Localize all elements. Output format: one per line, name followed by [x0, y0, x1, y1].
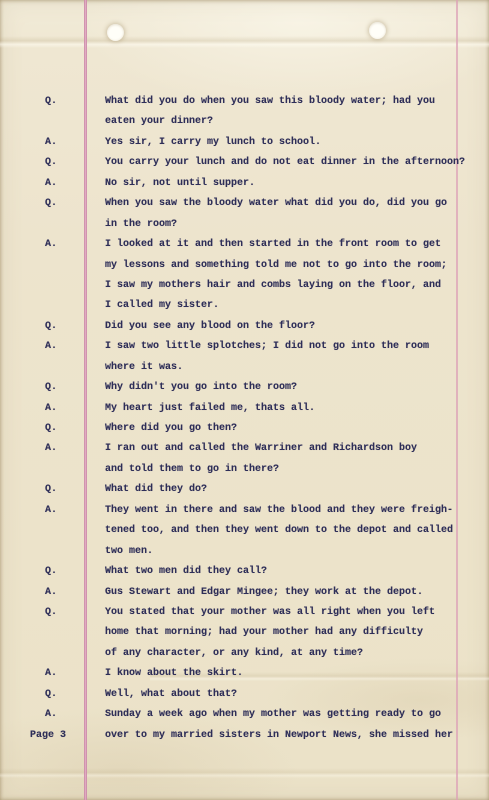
line-text: You stated that your mother was all righ… [105, 603, 435, 623]
line-text: over to my married sisters in Newport Ne… [105, 726, 453, 746]
speaker-label: A. [0, 174, 105, 194]
transcript-line: in the room? [0, 215, 489, 235]
transcript-line: Q. Well, what about that? [0, 685, 489, 705]
transcript-line: I called my sister. [0, 296, 489, 316]
speaker-label [0, 358, 105, 378]
hole-punch-left [107, 24, 124, 41]
transcript-line: Q. When you saw the bloody water what di… [0, 194, 489, 214]
line-text: Why didn't you go into the room? [105, 378, 297, 398]
speaker-label [0, 215, 105, 235]
transcript-line: A. Sunday a week ago when my mother was … [0, 705, 489, 725]
transcript-line: A. My heart just failed me, thats all. [0, 399, 489, 419]
line-text: Where did you go then? [105, 419, 237, 439]
transcript-line: over to my married sisters in Newport Ne… [0, 726, 489, 746]
transcript-line: A. Yes sir, I carry my lunch to school. [0, 133, 489, 153]
transcript-line: two men. [0, 542, 489, 562]
page-number: Page 3 [30, 726, 66, 746]
transcript-line: where it was. [0, 358, 489, 378]
speaker-label: Q. [0, 562, 105, 582]
scanned-transcript-page: Q. What did you do when you saw this blo… [0, 0, 489, 800]
paper-fold-crease-bottom [0, 768, 489, 778]
speaker-label: A. [0, 439, 105, 459]
transcript-line: A. They went in there and saw the blood … [0, 501, 489, 521]
line-text: home that morning; had your mother had a… [105, 623, 423, 643]
transcript-line: Q. What did you do when you saw this blo… [0, 92, 489, 112]
line-text: You carry your lunch and do not eat dinn… [105, 153, 465, 173]
line-text: I ran out and called the Warriner and Ri… [105, 439, 417, 459]
speaker-label [0, 296, 105, 316]
speaker-label: Q. [0, 603, 105, 623]
transcript-line: Q. Did you see any blood on the floor? [0, 317, 489, 337]
transcript-line: Q. Where did you go then? [0, 419, 489, 439]
speaker-label [0, 276, 105, 296]
speaker-label: Q. [0, 194, 105, 214]
transcript-line: eaten your dinner? [0, 112, 489, 132]
speaker-label: A. [0, 501, 105, 521]
transcript-line: of any character, or any kind, at any ti… [0, 644, 489, 664]
speaker-label: Q. [0, 153, 105, 173]
speaker-label: A. [0, 337, 105, 357]
line-text: My heart just failed me, thats all. [105, 399, 315, 419]
speaker-label: A. [0, 133, 105, 153]
line-text: What did they do? [105, 480, 207, 500]
transcript-line: Q. You carry your lunch and do not eat d… [0, 153, 489, 173]
speaker-label: Q. [0, 419, 105, 439]
speaker-label: A. [0, 399, 105, 419]
speaker-label [0, 256, 105, 276]
transcript-line: Q. You stated that your mother was all r… [0, 603, 489, 623]
line-text: No sir, not until supper. [105, 174, 255, 194]
speaker-label: Q. [0, 480, 105, 500]
transcript-line: A. Gus Stewart and Edgar Mingee; they wo… [0, 583, 489, 603]
transcript-line: A. I ran out and called the Warriner and… [0, 439, 489, 459]
speaker-label: A. [0, 664, 105, 684]
speaker-label: Q. [0, 685, 105, 705]
line-text: Did you see any blood on the floor? [105, 317, 315, 337]
speaker-label [0, 460, 105, 480]
transcript-line: A. I know about the skirt. [0, 664, 489, 684]
speaker-label [0, 623, 105, 643]
line-text: Gus Stewart and Edgar Mingee; they work … [105, 583, 423, 603]
speaker-label: A. [0, 583, 105, 603]
line-text: Sunday a week ago when my mother was get… [105, 705, 441, 725]
transcript-line: A. I saw two little splotches; I did not… [0, 337, 489, 357]
hole-punch-right [369, 22, 386, 39]
line-text: and told them to go in there? [105, 460, 279, 480]
transcript-line: my lessons and something told me not to … [0, 256, 489, 276]
line-text: I know about the skirt. [105, 664, 243, 684]
line-text: in the room? [105, 215, 177, 235]
transcript-line: home that morning; had your mother had a… [0, 623, 489, 643]
line-text: I looked at it and then started in the f… [105, 235, 441, 255]
transcript-line: I saw my mothers hair and combs laying o… [0, 276, 489, 296]
line-text: I saw two little splotches; I did not go… [105, 337, 429, 357]
transcript-line: Q. Why didn't you go into the room? [0, 378, 489, 398]
line-text: I saw my mothers hair and combs laying o… [105, 276, 441, 296]
line-text: two men. [105, 542, 153, 562]
speaker-label: Q. [0, 92, 105, 112]
speaker-label [0, 521, 105, 541]
speaker-label: Q. [0, 378, 105, 398]
transcript-line: A. I looked at it and then started in th… [0, 235, 489, 255]
line-text: eaten your dinner? [105, 112, 213, 132]
speaker-label [0, 112, 105, 132]
line-text: Yes sir, I carry my lunch to school. [105, 133, 321, 153]
line-text: my lessons and something told me not to … [105, 256, 447, 276]
speaker-label: A. [0, 705, 105, 725]
line-text: tened too, and then they went down to th… [105, 521, 453, 541]
transcript: Q. What did you do when you saw this blo… [0, 92, 489, 746]
speaker-label [0, 644, 105, 664]
transcript-line: A. No sir, not until supper. [0, 174, 489, 194]
line-text: What did you do when you saw this bloody… [105, 92, 435, 112]
line-text: They went in there and saw the blood and… [105, 501, 453, 521]
speaker-label: A. [0, 235, 105, 255]
line-text: Well, what about that? [105, 685, 237, 705]
transcript-line: tened too, and then they went down to th… [0, 521, 489, 541]
line-text: where it was. [105, 358, 183, 378]
transcript-line: Q. What two men did they call? [0, 562, 489, 582]
speaker-label: Q. [0, 317, 105, 337]
speaker-label [0, 542, 105, 562]
paper-fold-crease-top [0, 36, 489, 48]
line-text: What two men did they call? [105, 562, 267, 582]
transcript-line: Q. What did they do? [0, 480, 489, 500]
line-text: of any character, or any kind, at any ti… [105, 644, 363, 664]
transcript-line: and told them to go in there? [0, 460, 489, 480]
line-text: I called my sister. [105, 296, 219, 316]
line-text: When you saw the bloody water what did y… [105, 194, 447, 214]
